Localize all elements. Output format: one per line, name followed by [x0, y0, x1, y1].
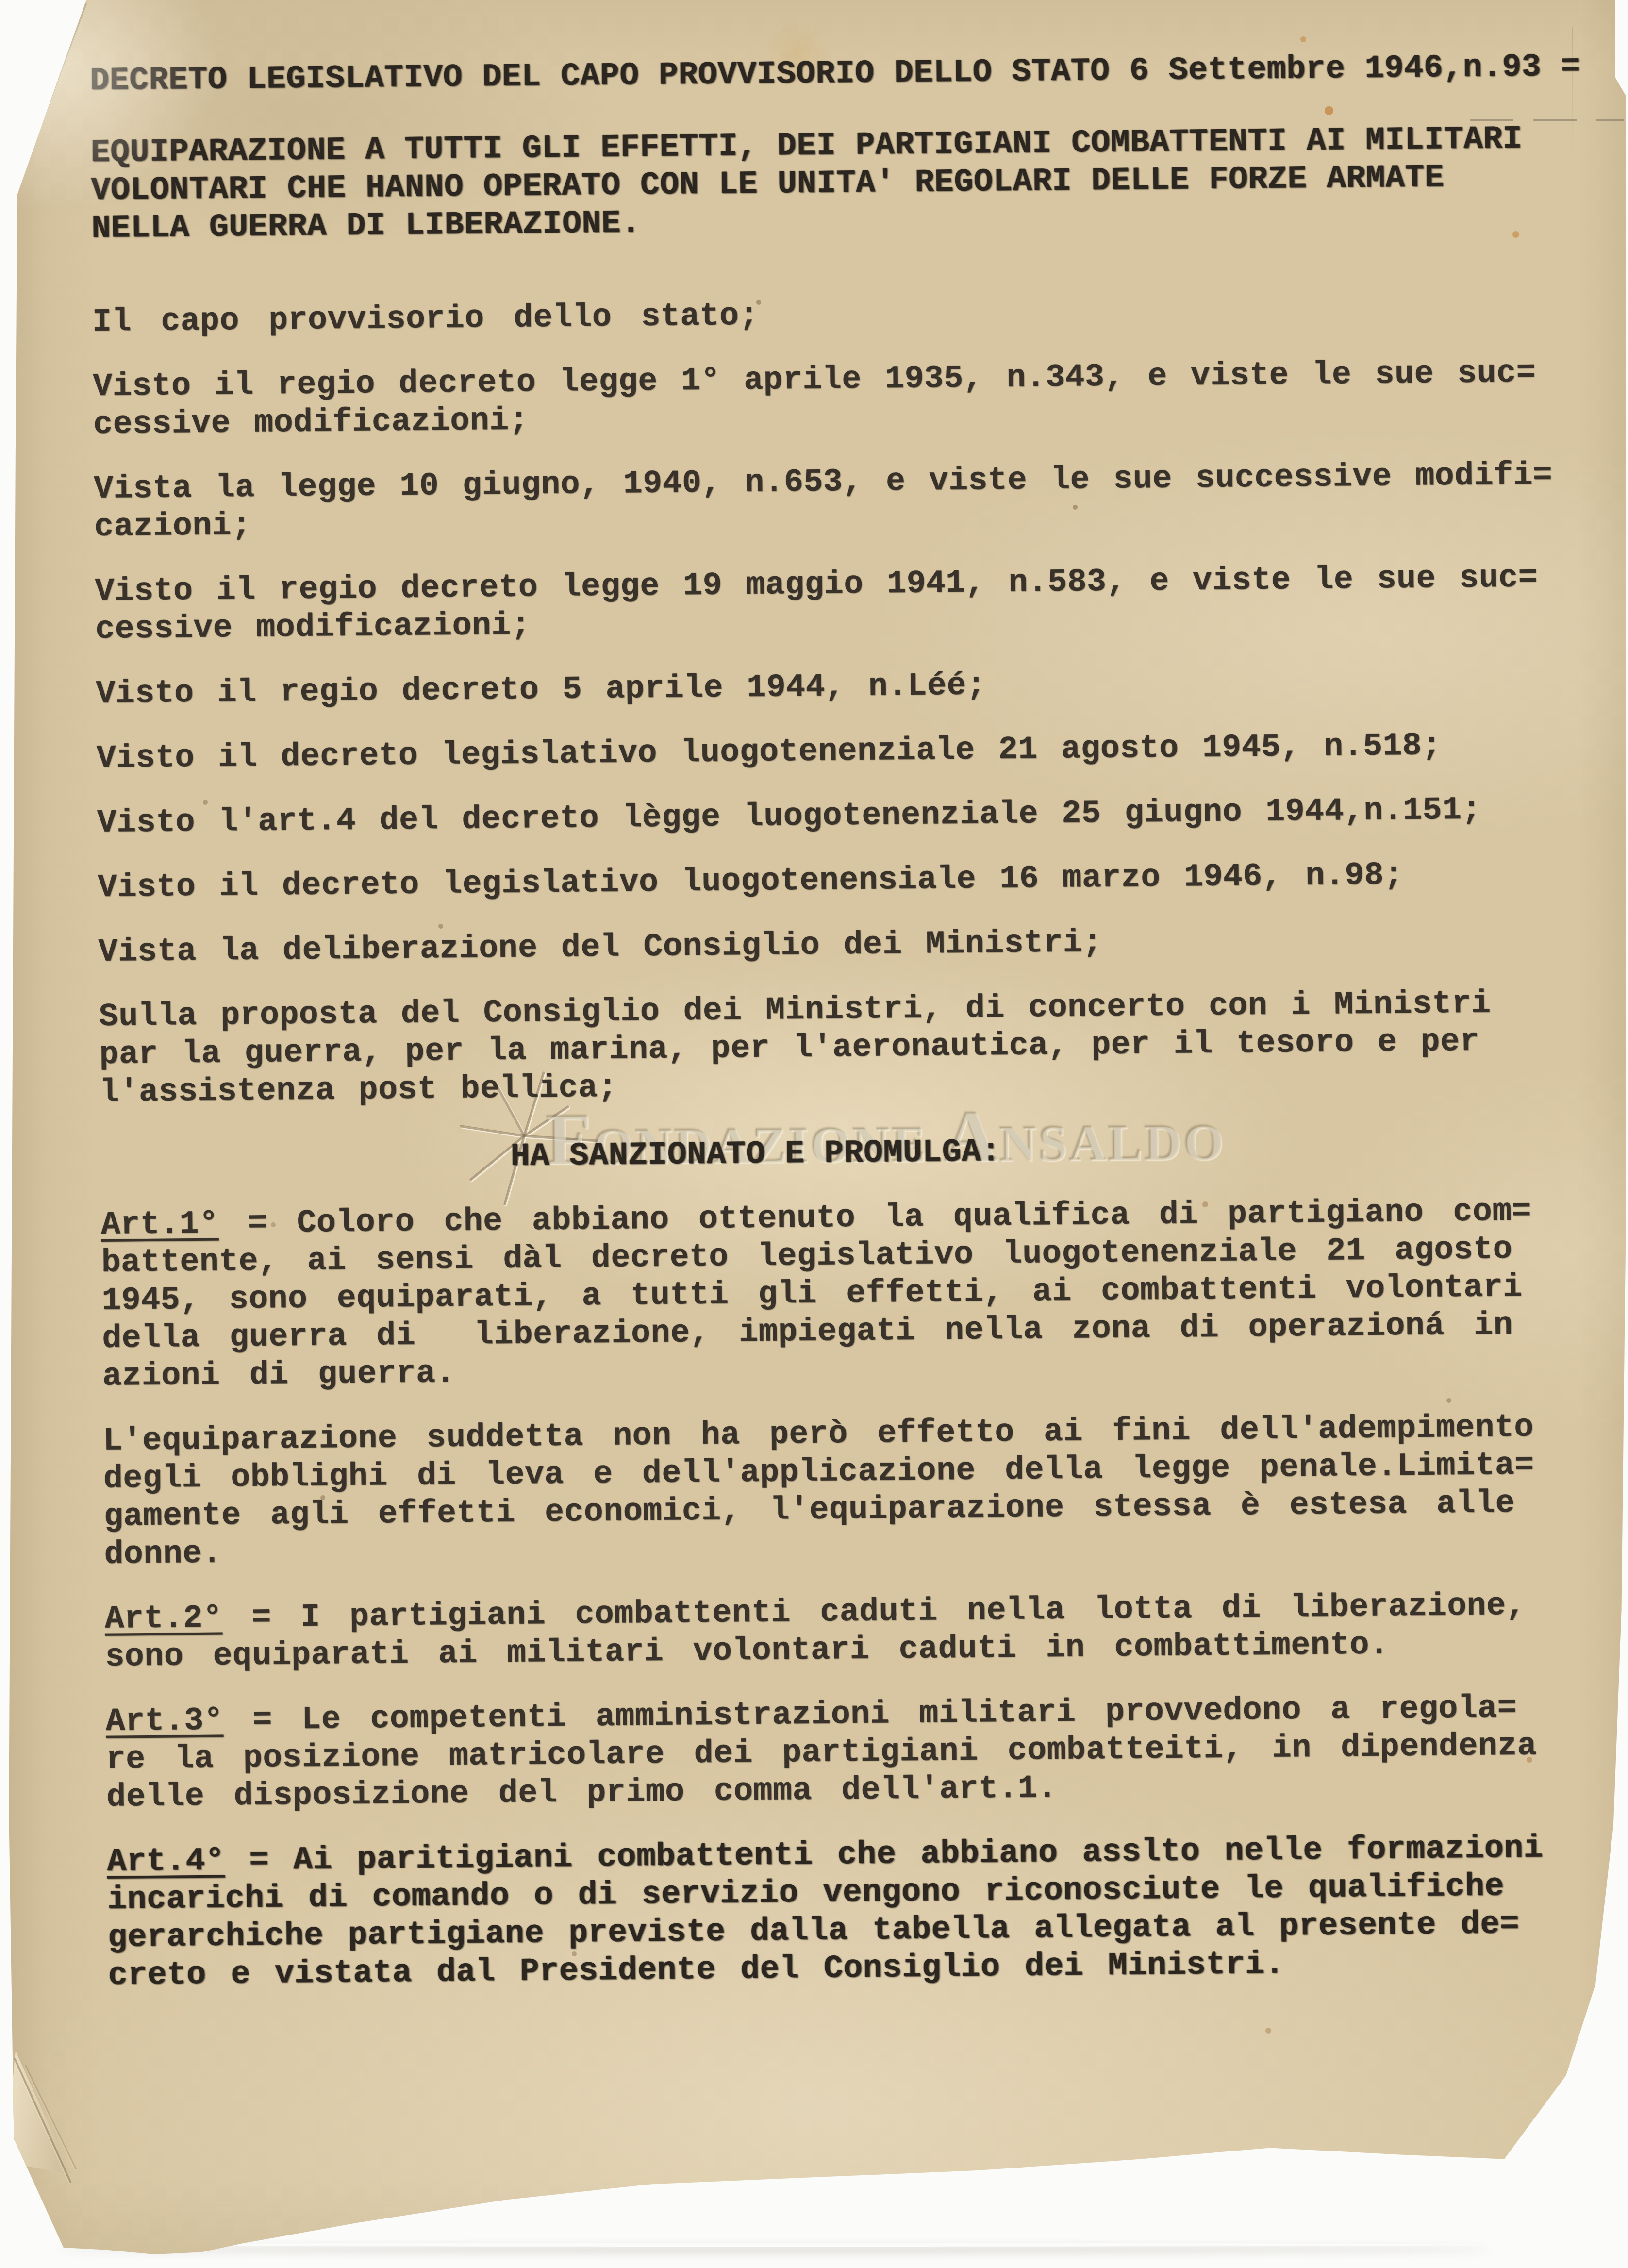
premise-clause: Sulla proposta del Consiglio dei Ministr…: [99, 984, 1614, 1112]
article-label: Art.1°: [101, 1206, 219, 1243]
premise-clause: Visto l'art.4 del decreto lègge luogoten…: [97, 790, 1612, 842]
article-label: Art.3°: [105, 1702, 223, 1740]
opening-clause: Il capo provvisorio dello stato;: [92, 289, 1607, 341]
document-title: DECRETO LEGISLATIVO DEL CAPO PROVVISORIO…: [90, 48, 1605, 100]
scanned-page: Fondazione Ansaldo DECRETO LEGISLATIVO D…: [0, 0, 1628, 2268]
crease-top-left: [14, 2, 87, 196]
article-4: Art.4° = Ai paritigiani combattenti che …: [107, 1829, 1623, 1995]
text-line: Vista la deliberazione del Consiglio dei…: [98, 919, 1613, 971]
promulgation-heading: HA SANZIONATO E PROMULGA:: [100, 1127, 1615, 1180]
paper-edge-shadow: [58, 2243, 1490, 2247]
paper-sheet: Fondazione Ansaldo DECRETO LEGISLATIVO D…: [0, 0, 1628, 2268]
document-subject: EQUIPARAZIONE A TUTTI GLI EFFETTI, DEI P…: [90, 119, 1606, 248]
premise-clause: Visto il regio decreto legge 1° aprile 1…: [93, 353, 1608, 444]
text-line: Visto l'art.4 del decreto lègge luogoten…: [97, 790, 1612, 842]
article-1-paragraph-2: L'equiparazione suddetta non ha però eff…: [103, 1408, 1619, 1574]
premise-clause: Vista la legge 10 giugno, 1940, n.653, e…: [94, 456, 1609, 546]
text-line: Visto il decreto legislativo luogotenens…: [98, 854, 1612, 907]
article-2: Art.2° = I partigiani combattenti caduti…: [104, 1586, 1619, 1676]
text-line: Il capo provvisorio dello stato;: [92, 289, 1607, 341]
premise-clause: Visto il regio decreto 5 aprile 1944, n.…: [96, 661, 1611, 713]
premise-clause: Visto il regio decreto legge 19 maggio 1…: [95, 558, 1610, 649]
premise-clause: Vista la deliberazione del Consiglio dei…: [98, 919, 1613, 971]
article-3: Art.3° = Le competenti amministrazioni m…: [105, 1688, 1621, 1817]
article-label: Art.2°: [104, 1600, 222, 1637]
article-label: Art.4°: [107, 1843, 225, 1880]
folded-corner-top-left: [0, 0, 92, 204]
typewritten-text: DECRETO LEGISLATIVO DEL CAPO PROVVISORIO…: [90, 48, 1623, 1995]
article-1: Art.1° = Coloro che abbiano ottenuto la …: [101, 1192, 1617, 1396]
text-line: HA SANZIONATO E PROMULGA:: [510, 1127, 1615, 1176]
premise-clause: Visto il decreto legislativo luogotenenz…: [96, 725, 1611, 778]
text-line: Visto il decreto legislativo luogotenenz…: [96, 725, 1611, 778]
paper-stains: [0, 0, 3, 3]
text-line: Visto il regio decreto 5 aprile 1944, n.…: [96, 661, 1611, 713]
premise-clause: Visto il decreto legislativo luogotenens…: [98, 854, 1612, 907]
